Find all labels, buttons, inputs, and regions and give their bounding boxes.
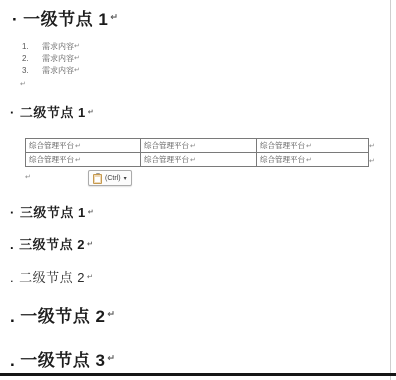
heading-level1-node1[interactable]: · 一级节点 1 ↵ — [12, 5, 119, 30]
table-cell[interactable]: 综合管理平台↵ — [26, 153, 141, 167]
pilcrow-mark: ↵ — [88, 107, 94, 116]
heading-text: 二级节点 2 — [19, 267, 85, 286]
cell-text: 综合管理平台 — [144, 141, 189, 150]
list-number: 3. — [22, 65, 42, 77]
pilcrow-mark: ↵ — [306, 143, 312, 150]
table-cell[interactable]: 综合管理平台↵ — [141, 153, 257, 167]
page-right-edge — [390, 0, 391, 380]
list-item[interactable]: 2. 需求内容 ↵ — [22, 53, 80, 65]
pilcrow-mark: ↵ — [87, 239, 93, 248]
pilcrow-mark: ↵ — [107, 309, 115, 320]
paste-options-button[interactable]: (Ctrl) ▾ — [88, 170, 132, 186]
table-cell[interactable]: 综合管理平台↵ — [141, 139, 257, 153]
heading-text: 一级节点 1 — [23, 5, 108, 30]
outline-bullet: · — [10, 105, 15, 120]
list-item[interactable]: 1. 需求内容 ↵ — [22, 41, 80, 53]
heading-level1-node3[interactable]: . 一级节点 3 ↵ — [10, 346, 116, 371]
heading-text: 二级节点 1 — [20, 102, 86, 121]
pilcrow-mark: ↵ — [306, 157, 312, 164]
pilcrow-mark: ↵ — [75, 143, 81, 150]
document-page: · 一级节点 1 ↵ 1. 需求内容 ↵ 2. 需求内容 ↵ 3. 需求内容 ↵… — [0, 0, 396, 380]
outline-bullet: . — [10, 307, 15, 327]
clipboard-icon — [93, 173, 102, 184]
pilcrow-mark: ↵ — [87, 272, 93, 281]
heading-level2-node1[interactable]: · 二级节点 1 ↵ — [10, 102, 94, 121]
pilcrow-mark: ↵ — [25, 173, 31, 181]
pilcrow-mark: ↵ — [75, 157, 81, 164]
pilcrow-mark: ↵ — [369, 142, 375, 150]
table-row: 综合管理平台↵ 综合管理平台↵ 综合管理平台↵ — [26, 153, 369, 167]
page-bottom-edge — [0, 373, 396, 376]
cell-text: 综合管理平台 — [144, 155, 189, 164]
outline-bullet: · — [10, 205, 15, 220]
cell-text: 综合管理平台 — [260, 155, 305, 164]
list-item[interactable]: 3. 需求内容 ↵ — [22, 65, 80, 77]
pilcrow-mark: ↵ — [88, 207, 94, 216]
pilcrow-mark: ↵ — [369, 157, 375, 165]
table-cell[interactable]: 综合管理平台↵ — [26, 139, 141, 153]
pilcrow-mark: ↵ — [74, 53, 80, 65]
list-item-text: 需求内容 — [42, 65, 74, 77]
paste-options-label: (Ctrl) — [105, 175, 121, 182]
list-number: 2. — [22, 53, 42, 65]
pilcrow-mark: ↵ — [74, 41, 80, 53]
heading-level3-node2[interactable]: . 三级节点 2 ↵ — [10, 234, 93, 253]
content-table: 综合管理平台↵ 综合管理平台↵ 综合管理平台↵ 综合管理平台↵ 综合管理平台↵ … — [25, 138, 369, 167]
list-number: 1. — [22, 41, 42, 53]
cell-text: 综合管理平台 — [29, 155, 74, 164]
pilcrow-mark: ↵ — [20, 80, 26, 88]
heading-text: 一级节点 2 — [20, 302, 105, 327]
table-cell[interactable]: 综合管理平台↵ — [257, 139, 369, 153]
heading-level2-node2[interactable]: . 二级节点 2 ↵ — [10, 267, 93, 286]
heading-text: 三级节点 1 — [20, 202, 86, 221]
list-item-text: 需求内容 — [42, 53, 74, 65]
pilcrow-mark: ↵ — [190, 143, 196, 150]
pilcrow-mark: ↵ — [74, 65, 80, 77]
heading-level3-node1[interactable]: · 三级节点 1 ↵ — [10, 202, 94, 221]
pilcrow-mark: ↵ — [110, 12, 118, 23]
heading-level1-node2[interactable]: . 一级节点 2 ↵ — [10, 302, 116, 327]
outline-bullet: . — [10, 237, 14, 252]
chevron-down-icon[interactable]: ▾ — [124, 175, 127, 182]
list-item-text: 需求内容 — [42, 41, 74, 53]
outline-bullet: . — [10, 270, 14, 285]
cell-text: 综合管理平台 — [29, 141, 74, 150]
pilcrow-mark: ↵ — [190, 157, 196, 164]
cell-text: 综合管理平台 — [260, 141, 305, 150]
outline-bullet: . — [10, 351, 15, 371]
numbered-list: 1. 需求内容 ↵ 2. 需求内容 ↵ 3. 需求内容 ↵ — [22, 41, 80, 77]
heading-text: 三级节点 2 — [19, 234, 85, 253]
heading-text: 一级节点 3 — [20, 346, 105, 371]
table-cell[interactable]: 综合管理平台↵ — [257, 153, 369, 167]
outline-bullet: · — [12, 10, 18, 30]
pilcrow-mark: ↵ — [107, 353, 115, 364]
table-row: 综合管理平台↵ 综合管理平台↵ 综合管理平台↵ — [26, 139, 369, 153]
